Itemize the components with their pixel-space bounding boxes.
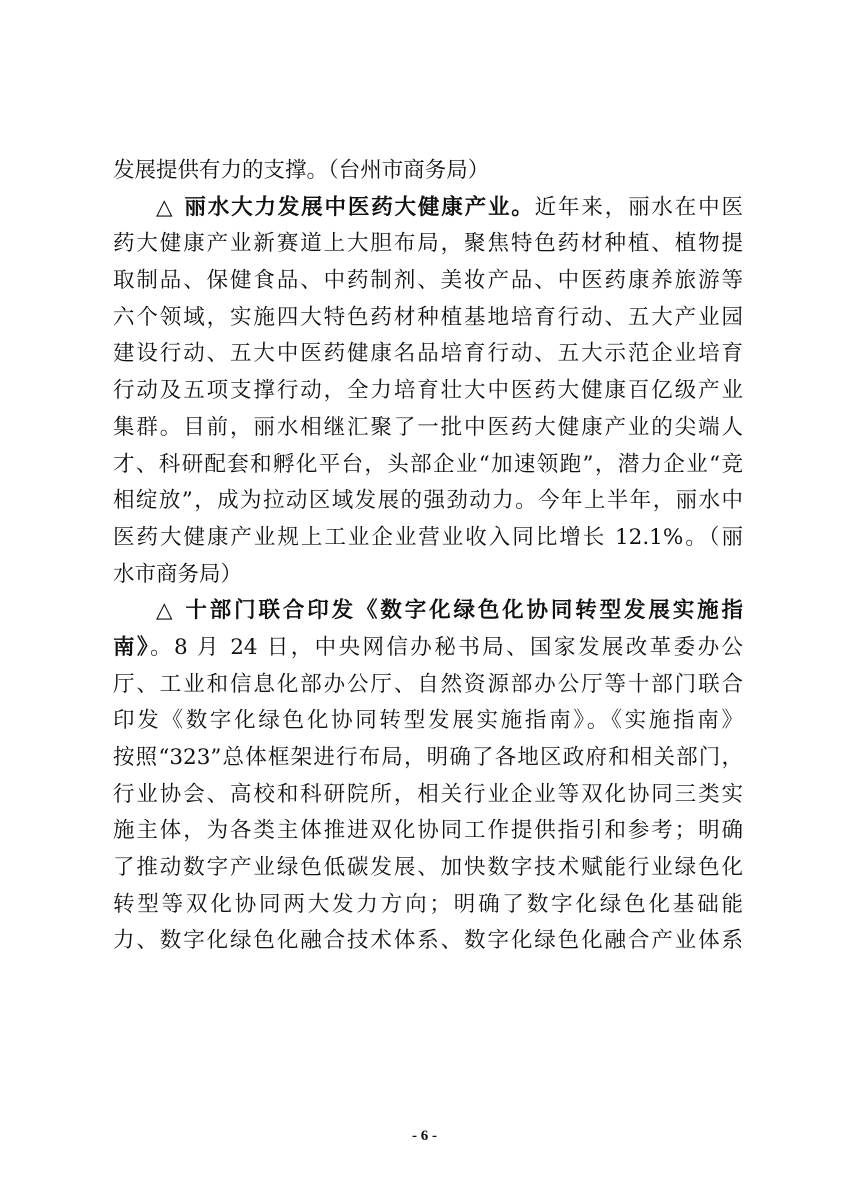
text-line: 印发《数字化绿色化协同转型发展实施指南》。《实施指南》	[113, 703, 743, 740]
text-line: 按照“323”总体框架进行布局，明确了各地区政府和相关部门，	[113, 740, 743, 777]
text-line: 厅、工业和信息化部办公厅、自然资源部办公厅等十部门联合	[113, 667, 743, 704]
text-line: 六个领域，实施四大特色药材种植基地培育行动、五大产业园	[113, 300, 743, 337]
text-line: 建设行动、五大中医药健康名品培育行动、五大示范企业培育	[113, 336, 743, 373]
text-line: 了推动数字产业绿色低碳发展、加快数字技术赋能行业绿色化	[113, 850, 743, 887]
section-heading: 丽水大力发展中医药大健康产业。	[183, 195, 535, 220]
text-line: 取制品、保健食品、中药制剂、美妆产品、中医药康养旅游等	[113, 263, 743, 300]
page-number: - 6 -	[0, 1128, 849, 1145]
text-line: 集群。目前，丽水相继汇聚了一批中医药大健康产业的尖端人	[113, 410, 743, 447]
text-line: 发展提供有力的支撑。（台州市商务局）	[113, 153, 743, 190]
text-line: 医药大健康产业规上工业企业营业收入同比增长 12.1%。（丽	[113, 520, 743, 557]
text-line: 水市商务局）	[113, 557, 743, 594]
section-heading: 十部门联合印发《数字化绿色化协同转型发展实施指	[183, 598, 743, 623]
text-line: 力、数字化绿色化融合技术体系、数字化绿色化融合产业体系	[113, 923, 743, 960]
text-line: 施主体，为各类主体推进双化协同工作提供指引和参考；明确	[113, 813, 743, 850]
text-line: 行动及五项支撑行动，全力培育壮大中医药大健康百亿级产业	[113, 373, 743, 410]
section-heading-line: △十部门联合印发《数字化绿色化协同转型发展实施指	[113, 593, 743, 630]
triangle-marker-icon: △	[156, 190, 173, 227]
text-line: 行业协会、高校和科研院所，相关行业企业等双化协同三类实	[113, 777, 743, 814]
section-heading-line: 南》。8 月 24 日，中央网信办秘书局、国家发展改革委办公	[113, 630, 743, 667]
text-fragment: 近年来，丽水在中医	[535, 195, 743, 220]
text-line: 转型等双化协同两大发力方向；明确了数字化绿色化基础能	[113, 887, 743, 924]
text-line: 药大健康产业新赛道上大胆布局，聚焦特色药材种植、植物提	[113, 226, 743, 263]
triangle-marker-icon: △	[156, 593, 173, 630]
text-fragment: 。8 月 24 日，中央网信办秘书局、国家发展改革委办公	[150, 635, 743, 660]
text-line: 相绽放”，成为拉动区域发展的强劲动力。今年上半年，丽水中	[113, 483, 743, 520]
section-heading-continued: 南》	[113, 635, 150, 660]
section-heading-line: △丽水大力发展中医药大健康产业。近年来，丽水在中医	[113, 190, 743, 227]
document-page: 发展提供有力的支撑。（台州市商务局） △丽水大力发展中医药大健康产业。近年来，丽…	[113, 153, 743, 960]
text-line: 才、科研配套和孵化平台，头部企业“加速领跑”，潜力企业“竞	[113, 447, 743, 484]
